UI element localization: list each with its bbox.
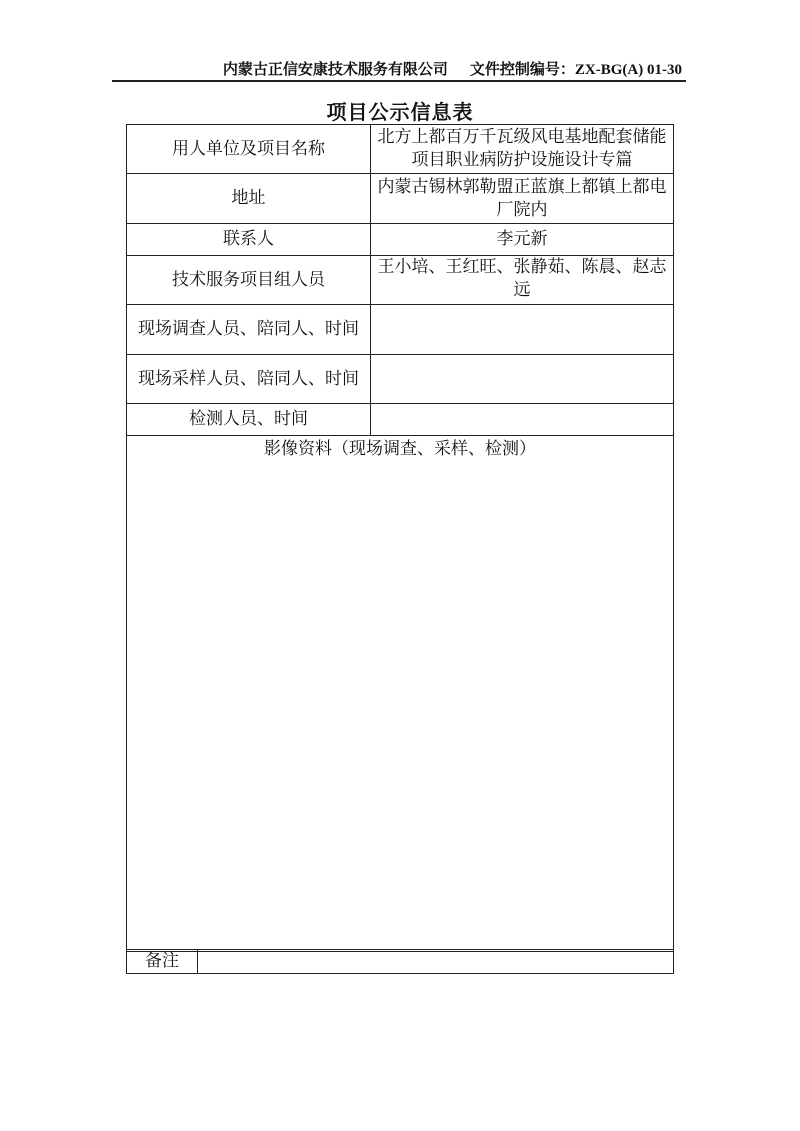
media-section-label: 影像资料（现场调查、采样、检测） <box>127 436 674 952</box>
row-label: 地址 <box>127 174 371 224</box>
company-name: 内蒙古正信安康技术服务有限公司 <box>223 60 448 78</box>
header-text: 内蒙古正信安康技术服务有限公司文件控制编号：ZX-BG(A) 01-30 <box>223 58 682 79</box>
row-label: 技术服务项目组人员 <box>127 256 371 305</box>
row-label: 用人单位及项目名称 <box>127 125 371 174</box>
project-info-table: 用人单位及项目名称 北方上都百万千瓦级风电基地配套储能项目职业病防护设施设计专篇… <box>126 124 674 952</box>
media-section-row: 影像资料（现场调查、采样、检测） <box>127 436 674 952</box>
document-header: 内蒙古正信安康技术服务有限公司文件控制编号：ZX-BG(A) 01-30 <box>112 58 686 82</box>
remarks-table: 备注 <box>126 949 674 974</box>
table-row: 现场调查人员、陪同人、时间 <box>127 305 674 355</box>
row-label: 现场采样人员、陪同人、时间 <box>127 355 371 404</box>
row-label: 现场调查人员、陪同人、时间 <box>127 305 371 355</box>
row-value: 北方上都百万千瓦级风电基地配套储能项目职业病防护设施设计专篇 <box>371 125 674 174</box>
table-row: 现场采样人员、陪同人、时间 <box>127 355 674 404</box>
page-title: 项目公示信息表 <box>0 96 800 125</box>
row-value: 李元新 <box>371 224 674 256</box>
row-value <box>371 305 674 355</box>
table-row: 技术服务项目组人员 王小培、王红旺、张静茹、陈晨、赵志远 <box>127 256 674 305</box>
remarks-row: 备注 <box>127 950 674 974</box>
row-label: 检测人员、时间 <box>127 404 371 436</box>
row-value: 内蒙古锡林郭勒盟正蓝旗上都镇上都电厂院内 <box>371 174 674 224</box>
row-value <box>371 404 674 436</box>
doc-control-label: 文件控制编号： <box>470 60 575 78</box>
remarks-label: 备注 <box>127 950 198 974</box>
row-value <box>371 355 674 404</box>
table-row: 地址 内蒙古锡林郭勒盟正蓝旗上都镇上都电厂院内 <box>127 174 674 224</box>
table-row: 用人单位及项目名称 北方上都百万千瓦级风电基地配套储能项目职业病防护设施设计专篇 <box>127 125 674 174</box>
doc-control-code: ZX-BG(A) 01-30 <box>575 62 682 78</box>
table-row: 检测人员、时间 <box>127 404 674 436</box>
table-row: 联系人 李元新 <box>127 224 674 256</box>
remarks-value <box>198 950 674 974</box>
row-value: 王小培、王红旺、张静茹、陈晨、赵志远 <box>371 256 674 305</box>
row-label: 联系人 <box>127 224 371 256</box>
